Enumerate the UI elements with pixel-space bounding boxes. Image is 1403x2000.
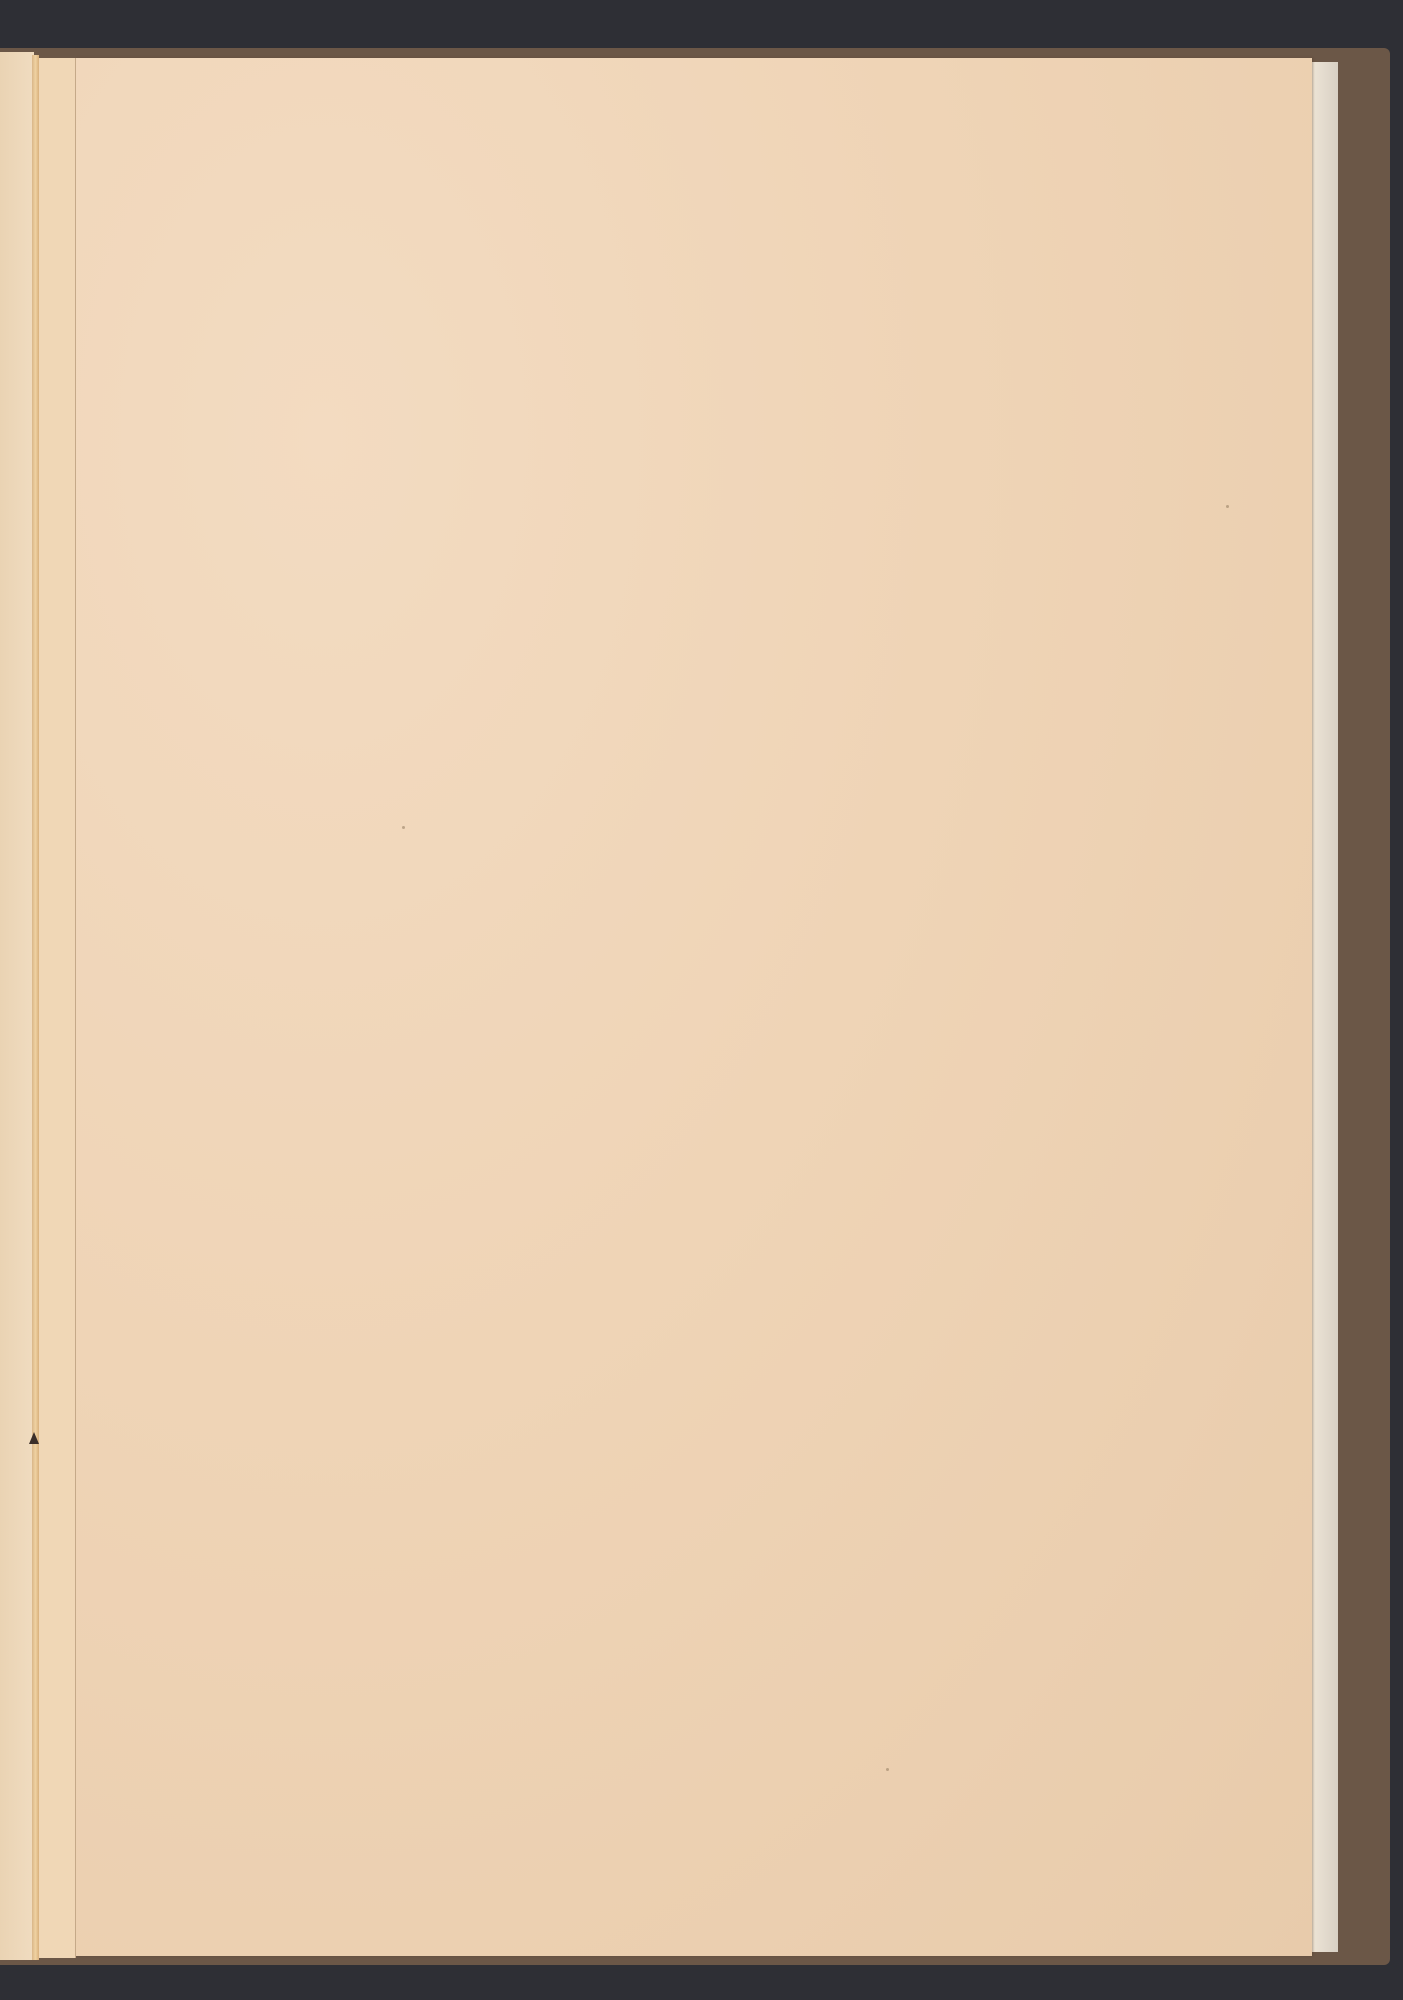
paper-speck bbox=[1226, 505, 1229, 508]
blank-page bbox=[76, 58, 1312, 1956]
left-facing-page-edge bbox=[0, 52, 34, 1960]
page-stub bbox=[39, 58, 76, 1958]
paper-speck bbox=[402, 826, 405, 829]
binding-gutter bbox=[32, 55, 39, 1960]
paper-speck bbox=[886, 1768, 889, 1771]
